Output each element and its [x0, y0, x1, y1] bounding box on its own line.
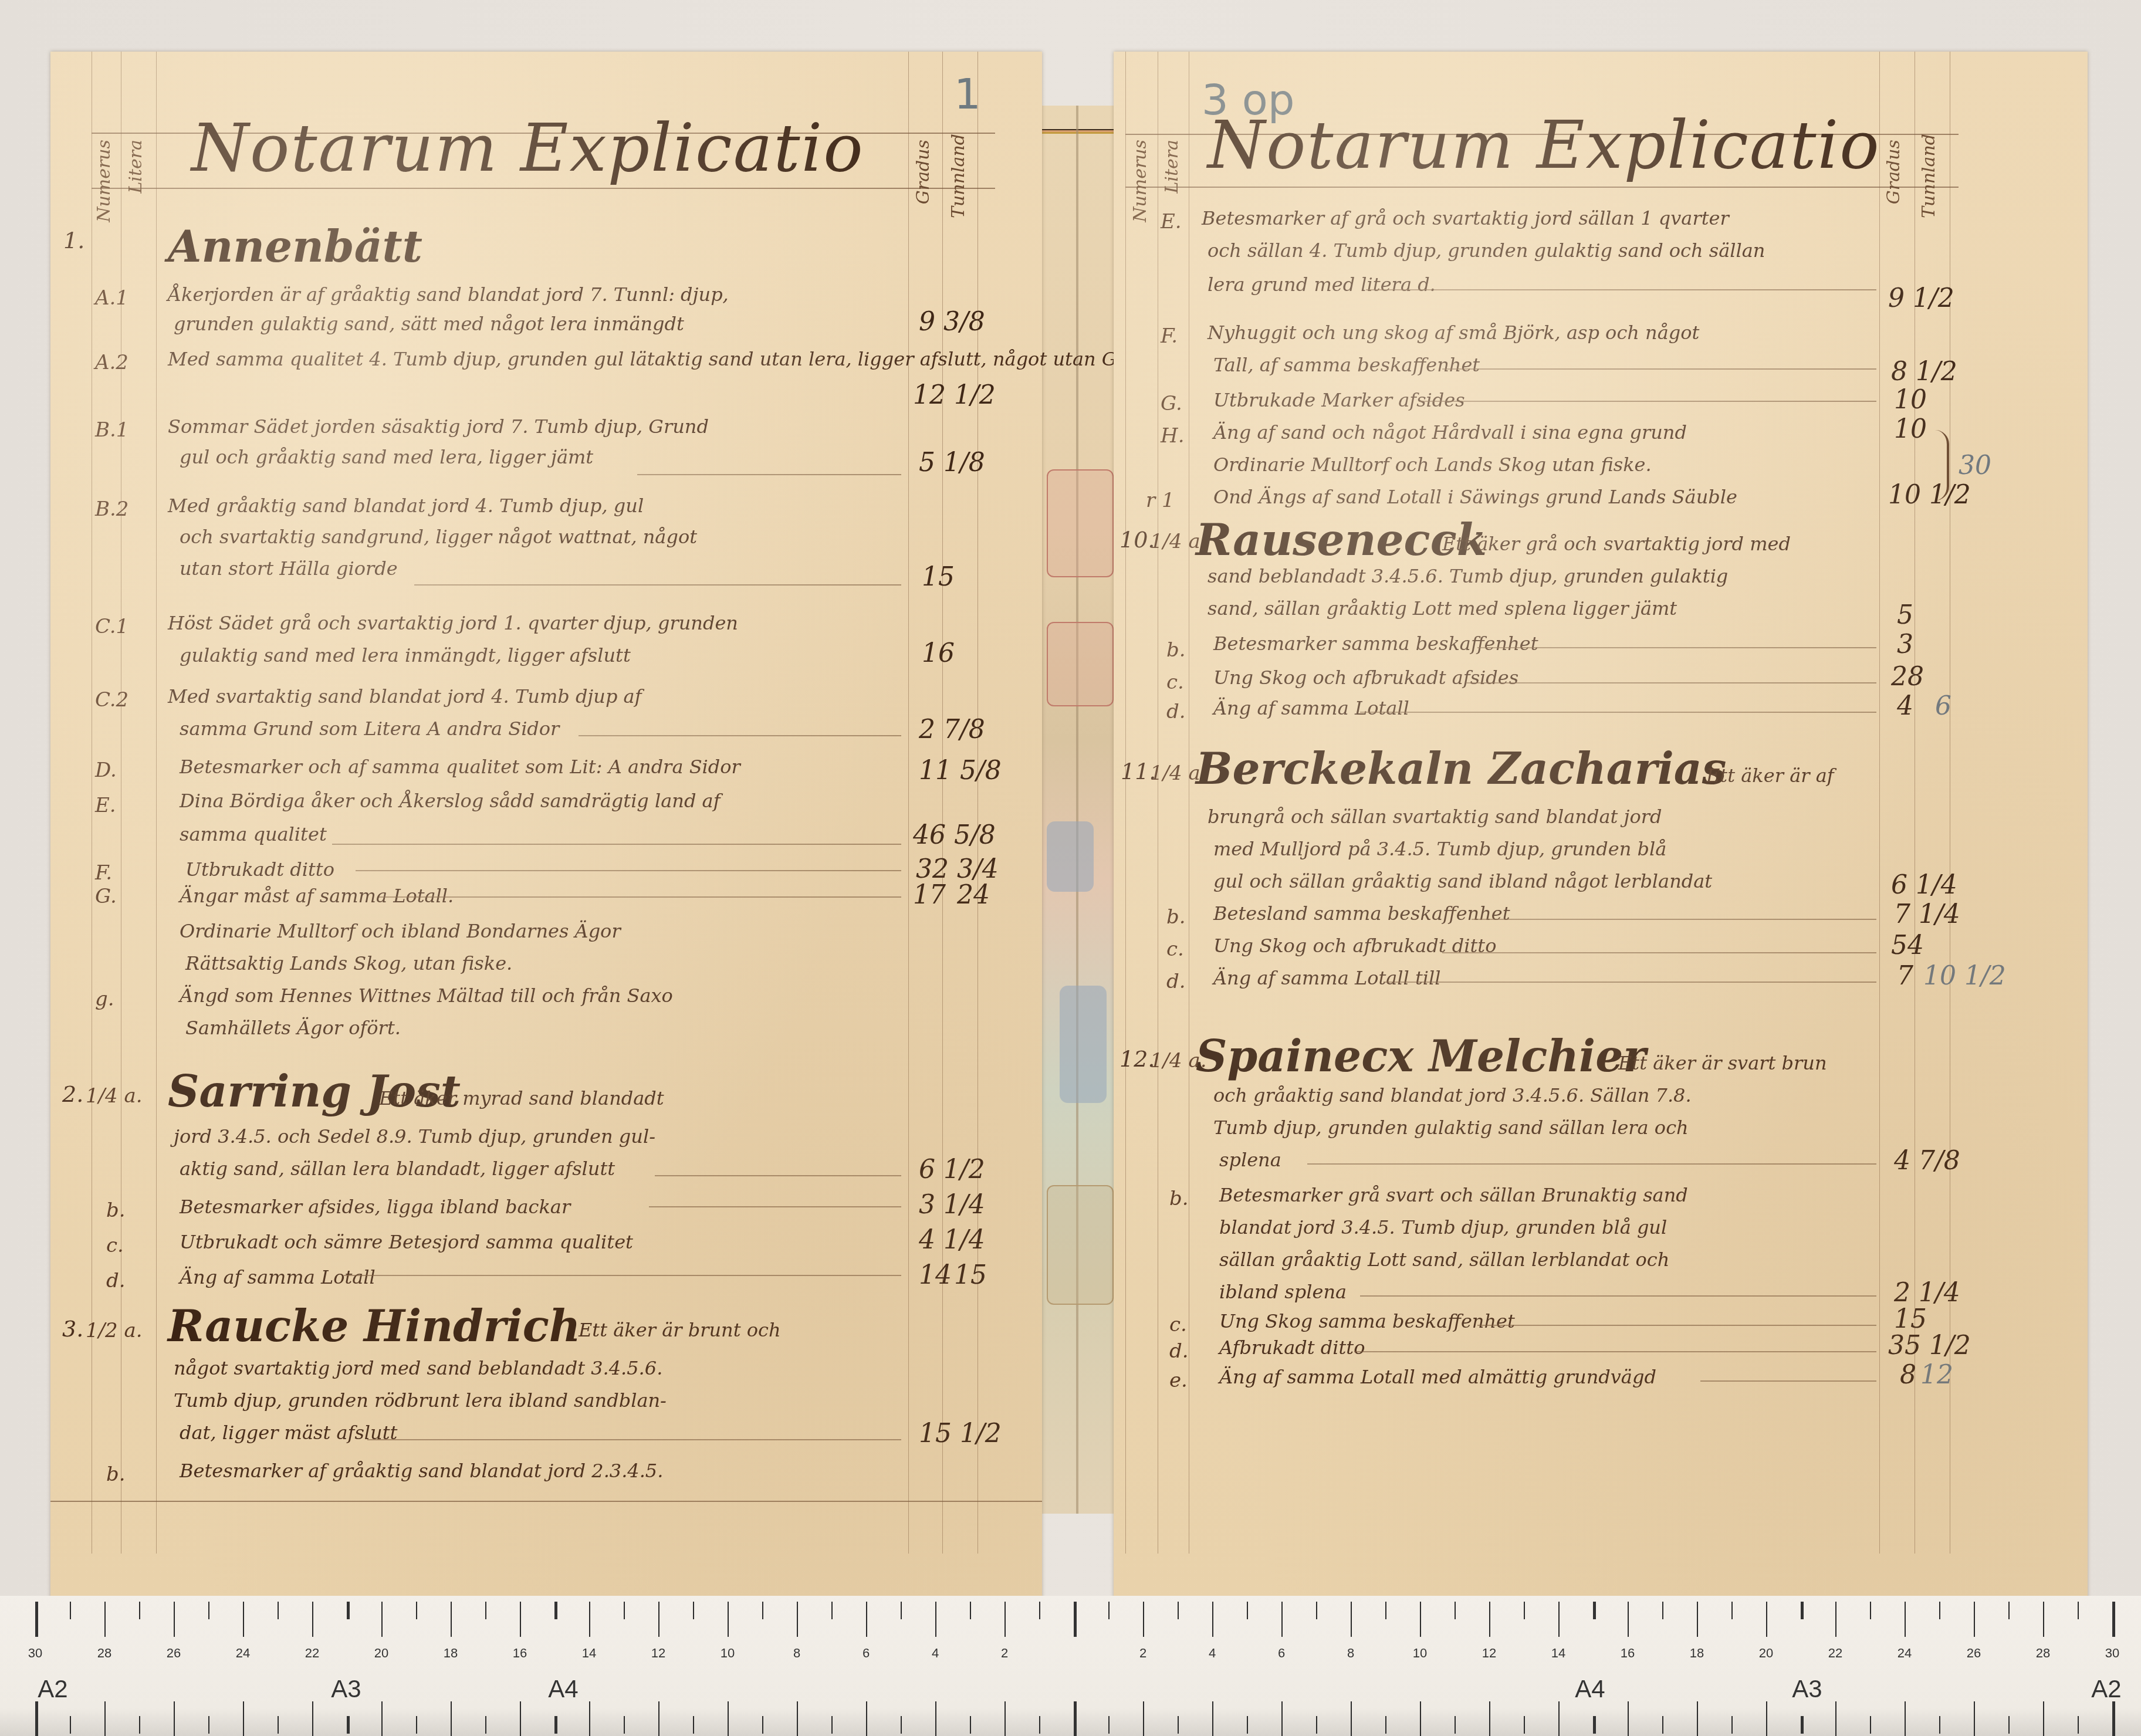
- entry-text: Ängd som Hennes Wittnes Mältad till och …: [180, 984, 673, 1007]
- litera-label: G.: [95, 885, 117, 908]
- ruler-tick: [624, 1602, 625, 1619]
- ruler-tick: [208, 1602, 209, 1619]
- map-fragment-gutter: [1042, 106, 1114, 1514]
- column-header-numerus: Numerus: [94, 140, 114, 222]
- ruler-tick: [1662, 1716, 1663, 1734]
- ruler-tick: [1178, 1716, 1179, 1734]
- ruler-tick: [1108, 1716, 1110, 1734]
- entry-text: Utbrukade Marker afsides: [1213, 389, 1465, 411]
- area-value: 10 1/2: [1888, 480, 1971, 510]
- footer-rule: [50, 1501, 1042, 1502]
- entry-heading: Spainecx Melchier: [1196, 1031, 1646, 1082]
- ruler-tick: [416, 1602, 417, 1619]
- entry-text: Tall, af samma beskaffenhet: [1213, 354, 1480, 376]
- ruler-tick: [1524, 1716, 1525, 1734]
- area-value: 2 7/8: [919, 715, 985, 745]
- area-total: 15: [954, 1260, 987, 1290]
- entry-text: Med svartaktig sand blandat jord 4. Tumb…: [168, 685, 641, 708]
- share-fraction: 1/4 a.: [86, 1084, 143, 1108]
- fill-line: [1307, 1163, 1876, 1165]
- entry-text: Sommar Sädet jorden säsaktig jord 7. Tum…: [168, 415, 709, 438]
- ruler-tick: [1281, 1701, 1283, 1736]
- column-rule: [1189, 52, 1189, 1554]
- entry-text: sand beblandadt 3.4.5.6. Tumb djup, grun…: [1208, 565, 1728, 587]
- area-value: 15: [1894, 1304, 1927, 1334]
- ruler-cm-label: 16: [1621, 1646, 1635, 1661]
- litera-label: b.: [1166, 638, 1186, 662]
- ruler-cm-label: 10: [721, 1646, 735, 1661]
- entry-text: samma qualitet: [180, 823, 327, 845]
- ruler-cm-label: 26: [1967, 1646, 1981, 1661]
- column-header-litera: Litera: [1162, 140, 1182, 194]
- ruler-tick: [589, 1701, 590, 1736]
- ruler-tick: [1870, 1602, 1871, 1619]
- area-value: 2 1/4: [1894, 1278, 1960, 1308]
- column-rule: [1125, 52, 1126, 1554]
- ruler-tick: [1974, 1602, 1975, 1637]
- ruler-tick: [1905, 1701, 1906, 1736]
- entry-text: Ordinarie Mulltorf och Lands Skog utan f…: [1213, 454, 1652, 476]
- area-value: 54: [1891, 930, 1924, 960]
- ruler-cm-label: 6: [863, 1646, 870, 1661]
- fill-line: [332, 844, 901, 845]
- ruler-tick: [347, 1716, 350, 1734]
- paper-size-label: A2: [2091, 1675, 2121, 1703]
- ruler-tick: [693, 1602, 694, 1619]
- ruler-tick: [762, 1602, 763, 1619]
- entry-text: jord 3.4.5. och Sedel 8.9. Tumb djup, gr…: [174, 1125, 655, 1148]
- ruler-tick: [1212, 1602, 1213, 1637]
- entry-text: Dina Bördiga åker och Åkerslog sådd samd…: [180, 790, 721, 812]
- ruler-cm-label: 6: [1278, 1646, 1285, 1661]
- entry-text: brungrå och sällan svartaktig sand bland…: [1208, 806, 1662, 828]
- ruler-tick: [935, 1701, 936, 1736]
- ruler-cm-label: 24: [1898, 1646, 1912, 1661]
- header-rule-bottom: [92, 188, 995, 189]
- ruler-tick: [1593, 1716, 1596, 1734]
- litera-label: g.: [95, 987, 114, 1011]
- ruler-tick: [1524, 1602, 1525, 1619]
- entry-text: Med samma qualitet 4. Tumb djup, grunden…: [168, 348, 1201, 370]
- litera-label: c.: [1166, 671, 1184, 694]
- ruler-tick: [1628, 1701, 1629, 1736]
- entry-text: Åkerjorden är af gråaktig sand blandat j…: [168, 283, 729, 306]
- entry-text: dat, ligger mäst afslutt: [180, 1422, 397, 1444]
- area-value: 5 1/8: [919, 448, 985, 478]
- fill-line: [1700, 1380, 1876, 1382]
- entry-text: Äng af samma Lotall: [1213, 697, 1409, 719]
- ruler-tick: [1108, 1602, 1110, 1619]
- ruler-tick: [451, 1602, 452, 1637]
- litera-label: E.: [1161, 210, 1182, 234]
- entry-text: Ängar måst af samma Lotall.: [180, 885, 454, 907]
- ruler-tick: [1628, 1602, 1629, 1637]
- litera-label: D.: [95, 759, 117, 782]
- litera-label: c.: [1166, 938, 1184, 961]
- entry-text: Ett äker är svart brun: [1618, 1052, 1827, 1074]
- litera-label: c.: [106, 1234, 124, 1257]
- entry-text: Ett äker grå och svartaktig jord med: [1442, 533, 1791, 555]
- ruler-tick: [139, 1602, 140, 1619]
- ruler-tick: [104, 1602, 106, 1637]
- column-header-numerus: Numerus: [1130, 140, 1151, 222]
- ruler-tick: [243, 1701, 244, 1736]
- entry-text: Utbrukadt och sämre Betesjord samma qual…: [180, 1231, 633, 1253]
- ruler-tick: [1143, 1701, 1144, 1736]
- litera-label: d.: [106, 1269, 126, 1292]
- entry-text: utan stort Hälla giorde: [180, 557, 398, 580]
- fill-line: [579, 735, 901, 736]
- ruler-tick: [831, 1602, 833, 1619]
- ruler-tick: [1316, 1716, 1317, 1734]
- ruler-cm-label: 22: [1828, 1646, 1842, 1661]
- column-rule: [1158, 52, 1158, 1554]
- ruler-tick: [1351, 1602, 1352, 1637]
- ruler-cm-label: 30: [28, 1646, 42, 1661]
- ruler-tick: [381, 1602, 383, 1637]
- ruler-tick: [762, 1716, 763, 1734]
- entry-text: och sällan 4. Tumb djup, grunden gulakti…: [1208, 239, 1765, 262]
- area-value: 10: [1894, 414, 1927, 444]
- entry-text: Samhällets Ägor ofört.: [185, 1017, 401, 1039]
- ruler-cm-label: 14: [1551, 1646, 1565, 1661]
- ruler-tick: [970, 1716, 971, 1734]
- ruler-tick: [935, 1602, 936, 1637]
- ruler-cm-label: 4: [1209, 1646, 1216, 1661]
- fill-line: [655, 1175, 901, 1176]
- entry-text: Betesmarker samma beskaffenhet: [1213, 632, 1538, 655]
- entry-text: Höst Sädet grå och svartaktig jord 1. qv…: [168, 612, 738, 634]
- fill-line: [1442, 368, 1876, 370]
- fill-line: [1477, 1325, 1876, 1326]
- area-value: 7 1/4: [1894, 899, 1960, 929]
- area-value: 35 1/2: [1888, 1331, 1971, 1361]
- entry-number: 1.: [63, 228, 84, 253]
- ruler-tick: [1766, 1602, 1767, 1637]
- ruler-tick: [208, 1716, 209, 1734]
- area-value: 16: [922, 638, 955, 668]
- ruler-tick: [1385, 1716, 1386, 1734]
- column-header-tunnland: Tunnland: [1919, 134, 1939, 218]
- entry-text: Ond Ängs af sand Lotall i Säwings grund …: [1213, 486, 1737, 508]
- ruler-cm-label: 18: [444, 1646, 458, 1661]
- page-title: Notarum Explicatio: [191, 110, 864, 187]
- ruler-tick: [243, 1602, 244, 1637]
- entry-text: Ett äker myrad sand blandadt: [379, 1087, 664, 1109]
- fill-line: [1477, 647, 1876, 648]
- ruler-tick: [347, 1602, 350, 1619]
- fill-line: [649, 1206, 901, 1207]
- entry-heading: Raucke Hindrich: [168, 1301, 581, 1352]
- ruler-cm-label: 16: [513, 1646, 527, 1661]
- fill-line: [1442, 952, 1876, 953]
- litera-label: F.: [95, 861, 112, 885]
- area-value: 6 1/2: [919, 1155, 985, 1185]
- fill-line: [379, 896, 901, 898]
- ruler-tick: [728, 1701, 729, 1736]
- litera-label: r 1: [1146, 489, 1175, 512]
- entry-text: samma Grund som Litera A andra Sidor: [180, 718, 559, 740]
- ruler-tick: [520, 1701, 521, 1736]
- entry-text: Äng af samma Lotall med almättig grundvä…: [1219, 1366, 1656, 1388]
- ruler-tick: [1766, 1701, 1767, 1736]
- area-value: 14: [919, 1260, 952, 1290]
- litera-label: B.2: [95, 498, 128, 521]
- map-water-region: [1060, 986, 1107, 1103]
- ruler-tick: [416, 1716, 417, 1734]
- entry-text: Utbrukadt ditto: [185, 858, 334, 881]
- column-header-tunnland: Tunnland: [948, 134, 969, 218]
- ruler-cm-label: 2: [1139, 1646, 1146, 1661]
- area-total: 12: [1920, 1360, 1953, 1390]
- ruler-tick: [104, 1701, 106, 1736]
- area-value: 11 5/8: [919, 756, 1002, 786]
- ruler-tick: [2008, 1716, 2010, 1734]
- ruler-tick: [278, 1602, 279, 1619]
- area-value: 10: [1894, 385, 1927, 415]
- ruler-tick: [1420, 1701, 1421, 1736]
- ruler-tick: [658, 1602, 659, 1637]
- entry-text: sällan gråaktig Lott sand, sällan lerbla…: [1219, 1248, 1669, 1271]
- ruler-tick: [693, 1716, 694, 1734]
- paper-size-label: A4: [1575, 1675, 1605, 1703]
- ruler-tick: [1801, 1716, 1804, 1734]
- paper-size-label: A2: [38, 1675, 67, 1703]
- ruler-tick: [2112, 1602, 2115, 1637]
- area-value: 8: [1900, 1360, 1916, 1390]
- ruler-tick: [866, 1602, 867, 1637]
- ruler-cm-label: 24: [236, 1646, 250, 1661]
- ruler-tick: [174, 1701, 175, 1736]
- ruler-tick: [1316, 1602, 1317, 1619]
- ruler-tick: [1143, 1602, 1144, 1637]
- ruler-tick: [1074, 1602, 1077, 1637]
- area-value: 4 7/8: [1894, 1146, 1960, 1176]
- ruler-tick: [1281, 1602, 1283, 1637]
- ruler-tick: [2078, 1716, 2079, 1734]
- ruler-tick: [554, 1716, 557, 1734]
- ruler-cm-label: 20: [374, 1646, 388, 1661]
- column-header-litera: Litera: [126, 140, 146, 194]
- ruler-tick: [1351, 1701, 1352, 1736]
- ruler-tick: [1662, 1602, 1663, 1619]
- entry-text: Betesmarker af grå och svartaktig jord s…: [1202, 207, 1729, 229]
- ruler-tick: [1939, 1716, 1940, 1734]
- ruler-cm-label: 8: [1347, 1646, 1354, 1661]
- ruler-tick: [2043, 1602, 2044, 1637]
- ruler-tick: [381, 1701, 383, 1736]
- area-value: 15: [922, 562, 955, 592]
- entry-number: 3.: [62, 1316, 83, 1342]
- litera-label: C.2: [95, 688, 128, 712]
- page-title: Notarum Explicatio: [1208, 107, 1880, 184]
- ruler-tick: [1974, 1701, 1975, 1736]
- area-value: 3 1/4: [919, 1190, 985, 1220]
- ruler-tick: [1697, 1602, 1698, 1637]
- litera-label: C.1: [95, 615, 128, 638]
- entry-heading: Berckekaln Zacharias: [1196, 744, 1726, 794]
- ruler-tick: [1420, 1602, 1421, 1637]
- column-rule: [908, 52, 909, 1554]
- ruler-tick: [1731, 1602, 1733, 1619]
- entry-text: Betesland samma beskaffenhet: [1213, 902, 1510, 925]
- entry-text: Ung Skog och afbrukadt afsides: [1213, 666, 1518, 689]
- ruler-cm-label: 30: [2105, 1646, 2119, 1661]
- litera-label: E.: [95, 794, 116, 817]
- area-value: 12 1/2: [913, 380, 996, 410]
- column-rule: [1950, 52, 1950, 1554]
- ruler-cm-label: 22: [305, 1646, 319, 1661]
- map-field-region: [1047, 1185, 1114, 1305]
- ruler-tick: [2008, 1602, 2010, 1619]
- area-value: 28: [1891, 662, 1924, 692]
- ruler-tick: [35, 1602, 38, 1637]
- fill-line: [1354, 1351, 1876, 1352]
- ruler-tick: [174, 1602, 175, 1637]
- ruler-tick: [624, 1716, 625, 1734]
- area-total: 10 1/2: [1923, 961, 2006, 991]
- entry-text: Betesmarker af gråaktig sand blandat jor…: [180, 1460, 663, 1482]
- ruler-tick: [1489, 1602, 1490, 1637]
- area-value: 15 1/2: [919, 1419, 1002, 1449]
- entry-text: Ett äker är brunt och: [579, 1319, 781, 1341]
- paper-size-label: A3: [331, 1675, 361, 1703]
- column-rule: [942, 52, 943, 1554]
- fill-line: [356, 870, 901, 871]
- ruler-tick: [1455, 1716, 1456, 1734]
- ruler-tick: [139, 1716, 140, 1734]
- ruler-tick: [970, 1602, 971, 1619]
- ruler-tick: [1731, 1716, 1733, 1734]
- entry-text: Betesmarker afsides, ligga ibland backar: [180, 1196, 570, 1218]
- ruler-tick: [901, 1602, 902, 1619]
- ruler-tick: [2078, 1602, 2079, 1619]
- map-field-region: [1047, 469, 1114, 577]
- entry-text: och gråaktig sand blandat jord 3.4.5.6. …: [1213, 1084, 1692, 1106]
- ruler-tick: [451, 1701, 452, 1736]
- area-total: 6: [1935, 691, 1951, 721]
- ruler-tick: [1212, 1701, 1213, 1736]
- litera-label: G.: [1161, 392, 1182, 415]
- area-value: 4: [1897, 691, 1913, 721]
- ruler-cm-label: 2: [1001, 1646, 1008, 1661]
- ruler-tick: [1004, 1701, 1006, 1736]
- brace-total: 30: [1959, 451, 1991, 480]
- map-water-region: [1047, 821, 1094, 892]
- litera-label: d.: [1166, 700, 1186, 723]
- ruler-tick: [1558, 1701, 1560, 1736]
- litera-label: b.: [1166, 905, 1186, 929]
- measurement-ruler: 3028262422201816141210864224681012141618…: [0, 1596, 2141, 1736]
- column-header-gradus: Gradus: [913, 140, 933, 204]
- ruler-tick: [485, 1716, 486, 1734]
- litera-label: e.: [1169, 1369, 1188, 1392]
- area-value: 9 3/8: [919, 307, 985, 337]
- ruler-tick: [797, 1701, 798, 1736]
- area-total: 24: [957, 880, 990, 910]
- litera-label: F.: [1161, 324, 1178, 348]
- fill-line: [637, 474, 901, 475]
- litera-label: A.1: [95, 286, 128, 310]
- ruler-tick: [485, 1602, 486, 1619]
- entry-text: ibland splena: [1219, 1281, 1347, 1303]
- ruler-tick: [70, 1602, 71, 1619]
- entry-text: grunden gulaktig sand, sätt med något le…: [174, 313, 684, 335]
- ruler-tick: [35, 1701, 38, 1736]
- area-value: 8 1/2: [1891, 357, 1957, 387]
- litera-label: d.: [1166, 970, 1186, 993]
- area-value: 17: [913, 880, 946, 910]
- ruler-tick: [312, 1602, 313, 1637]
- entry-text: Betesmarker grå svart och sällan Brunakt…: [1219, 1184, 1688, 1206]
- entry-text: Tumb djup, grunden rödbrunt lera ibland …: [174, 1389, 667, 1412]
- ruler-tick: [1004, 1602, 1006, 1637]
- entry-text: med Mulljord på 3.4.5. Tumb djup, grunde…: [1213, 838, 1666, 860]
- entry-text: Ung Skog och afbrukadt ditto: [1213, 935, 1496, 957]
- area-value: 9 1/2: [1888, 283, 1954, 313]
- entry-text: Äng af samma Lotall: [180, 1266, 376, 1288]
- litera-label: b.: [1169, 1187, 1189, 1210]
- ruler-tick: [589, 1602, 590, 1637]
- share-fraction: 1/2 a.: [86, 1319, 143, 1342]
- litera-label: c.: [1169, 1313, 1187, 1336]
- fill-line: [1419, 401, 1876, 402]
- ruler-cm-label: 12: [1482, 1646, 1496, 1661]
- column-rule: [156, 52, 157, 1554]
- fill-line: [1366, 289, 1876, 290]
- entry-text: Ordinarie Mulltorf och ibland Bondarnes …: [180, 920, 621, 942]
- paper-size-label: A3: [1792, 1675, 1822, 1703]
- paper-size-label: A4: [548, 1675, 578, 1703]
- entry-text: splena: [1219, 1149, 1281, 1171]
- fill-line: [1360, 1295, 1876, 1297]
- area-value: 4 1/4: [919, 1225, 985, 1255]
- ruler-tick: [1247, 1602, 1248, 1619]
- ruler-cm-label: 10: [1413, 1646, 1427, 1661]
- ruler-tick: [1905, 1602, 1906, 1637]
- area-value: 46 5/8: [913, 820, 996, 850]
- entry-text: Rättsaktig Lands Skog, utan fiske.: [185, 952, 512, 974]
- ruler-tick: [1835, 1701, 1836, 1736]
- ruler-cm-label: 4: [932, 1646, 939, 1661]
- ruler-tick: [797, 1602, 798, 1637]
- ruler-cm-label: 14: [582, 1646, 596, 1661]
- ruler-tick: [1835, 1602, 1836, 1637]
- fill-line: [344, 1275, 901, 1276]
- fill-line: [1466, 682, 1876, 683]
- ruler-tick: [728, 1602, 729, 1637]
- entry-text: gul och sällan gråaktig sand ibland någo…: [1213, 870, 1712, 892]
- entry-text: Betesmarker och af samma qualitet som Li…: [180, 756, 740, 778]
- entry-text: och svartaktig sandgrund, ligger något w…: [180, 526, 697, 548]
- ruler-cm-label: 8: [793, 1646, 800, 1661]
- ruler-tick: [1939, 1602, 1940, 1619]
- fill-line: [367, 1439, 901, 1440]
- sum-brace: [1935, 430, 1949, 500]
- ruler-tick: [1385, 1602, 1386, 1619]
- entry-text: Nyhuggit och ung skog af små Björk, asp …: [1208, 322, 1699, 344]
- ruler-tick: [1489, 1701, 1490, 1736]
- header-rule-bottom: [1125, 187, 1959, 188]
- pencil-page-number: 1: [954, 69, 981, 119]
- ruler-tick: [312, 1701, 313, 1736]
- litera-label: b.: [106, 1199, 126, 1222]
- fill-line: [1360, 712, 1876, 713]
- column-header-gradus: Gradus: [1883, 140, 1904, 204]
- entry-text: Äng af sand och något Hårdvall i sina eg…: [1213, 421, 1687, 444]
- entry-text: Tumb djup, grunden gulaktig sand sällan …: [1213, 1116, 1689, 1139]
- ruler-tick: [866, 1701, 867, 1736]
